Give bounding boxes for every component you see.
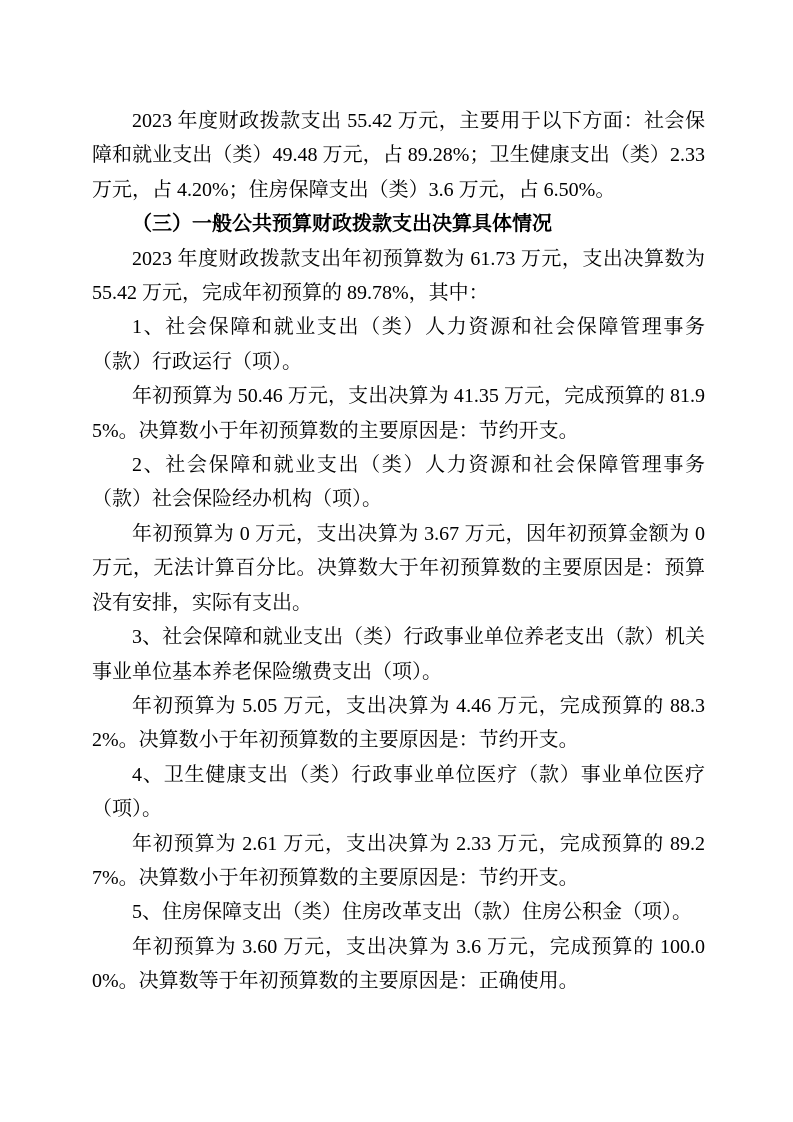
paragraph-item1-detail: 年初预算为 50.46 万元，支出决算为 41.35 万元，完成预算的 81.9… [92, 379, 705, 448]
section-heading-general-public-budget-details: （三）一般公共预算财政拨款支出决算具体情况 [92, 207, 705, 241]
paragraph-expenditure-overview: 2023 年度财政拨款支出 55.42 万元，主要用于以下方面：社会保障和就业支… [92, 104, 705, 207]
paragraph-item2-title: 2、社会保障和就业支出（类）人力资源和社会保障管理事务（款）社会保险经办机构（项… [92, 448, 705, 517]
paragraph-item1-title: 1、社会保障和就业支出（类）人力资源和社会保障管理事务（款）行政运行（项）。 [92, 310, 705, 379]
paragraph-item3-detail: 年初预算为 5.05 万元，支出决算为 4.46 万元，完成预算的 88.32%… [92, 689, 705, 758]
paragraph-item4-detail: 年初预算为 2.61 万元，支出决算为 2.33 万元，完成预算的 89.27%… [92, 827, 705, 896]
paragraph-item5-title: 5、住房保障支出（类）住房改革支出（款）住房公积金（项）。 [92, 895, 705, 929]
paragraph-item2-detail: 年初预算为 0 万元，支出决算为 3.67 万元，因年初预算金额为 0 万元，无… [92, 517, 705, 620]
paragraph-item3-title: 3、社会保障和就业支出（类）行政事业单位养老支出（款）机关事业单位基本养老保险缴… [92, 620, 705, 689]
paragraph-item4-title: 4、卫生健康支出（类）行政事业单位医疗（款）事业单位医疗（项）。 [92, 758, 705, 827]
paragraph-budget-vs-final-summary: 2023 年度财政拨款支出年初预算数为 61.73 万元，支出决算数为 55.4… [92, 242, 705, 311]
document-page: 2023 年度财政拨款支出 55.42 万元，主要用于以下方面：社会保障和就业支… [0, 0, 793, 1122]
paragraph-item5-detail: 年初预算为 3.60 万元，支出决算为 3.6 万元，完成预算的 100.00%… [92, 930, 705, 999]
